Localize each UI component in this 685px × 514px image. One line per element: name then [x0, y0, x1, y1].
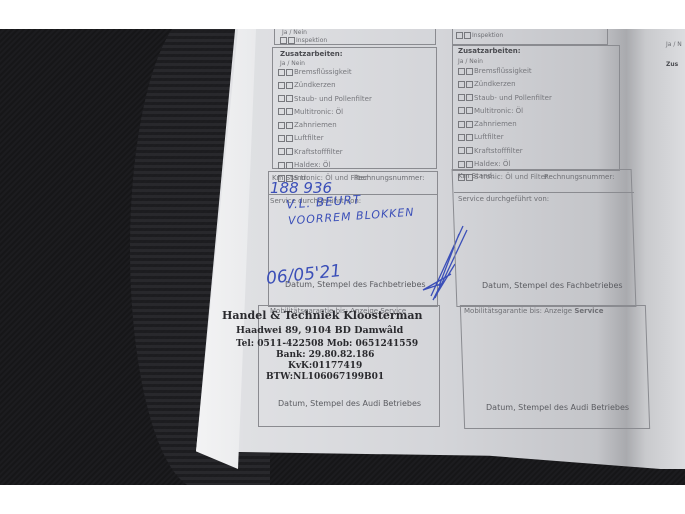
checklist-item-label: Multitronic: Öl [294, 108, 343, 116]
right-km-label: Km Stand: [458, 172, 494, 180]
left-service-footer: Datum, Stempel des Fachbetriebes [285, 280, 426, 289]
checklist-item: Kraftstofffilter [278, 146, 372, 159]
checkbox-icon [286, 148, 293, 155]
checkbox-icon [278, 69, 285, 76]
checkbox-icon [464, 32, 471, 39]
checklist-item: Zahnriemen [278, 119, 372, 132]
checkbox-icon [456, 32, 463, 39]
left-yes-no-top: Ja / Nein [282, 29, 307, 36]
checklist-item: Multitronic: Öl [458, 105, 552, 118]
checklist-item: Zahnriemen [458, 118, 552, 131]
checkbox-icon [458, 94, 465, 101]
checklist-item: Staub- und Pollenfilter [458, 92, 552, 105]
right-invoice-label: Rechnungsnummer: [544, 173, 614, 181]
checklist-item-label: Haldex: Öl [294, 161, 330, 169]
left-extra-work-title: Zusatzarbeiten: [280, 50, 343, 58]
left-extra-work-list: BremsflüssigkeitZündkerzenStaub- und Pol… [278, 66, 372, 186]
checkbox-icon [458, 134, 465, 141]
next-page-yes-no: Ja / N [666, 41, 682, 48]
checklist-item: Zündkerzen [458, 78, 552, 91]
checkbox-icon [278, 95, 285, 102]
checkbox-icon [458, 81, 465, 88]
checklist-item: Bremsflüssigkeit [458, 65, 552, 78]
checklist-item-label: Zahnriemen [474, 120, 517, 128]
right-extra-work-yes-no: Ja / Nein [458, 58, 483, 65]
checkbox-icon [288, 37, 295, 44]
dealer-stamp-line6: BTW:NL106067199B01 [266, 372, 384, 382]
checklist-item-label: Haldex: Öl [474, 160, 510, 168]
checkbox-icon [466, 147, 473, 154]
right-mobility-footer: Datum, Stempel des Audi Betriebes [486, 403, 629, 412]
service-booklet: Ja / Nein Inspektion Zusatzarbeiten: Ja … [196, 29, 685, 469]
dealer-stamp-line2: Haadwei 89, 9104 BD Damwâld [236, 325, 403, 336]
next-page-title: Zus [666, 61, 678, 68]
checkbox-icon [286, 95, 293, 102]
checkbox-icon [278, 135, 285, 142]
checkbox-icon [466, 94, 473, 101]
checkbox-icon [458, 121, 465, 128]
checklist-item-label: Bremsflüssigkeit [294, 68, 352, 76]
right-extra-work-list: BremsflüssigkeitZündkerzenStaub- und Pol… [458, 65, 552, 185]
checkbox-icon [466, 134, 473, 141]
checkbox-icon [458, 147, 465, 154]
dealer-stamp-line5: KvK:01177419 [288, 361, 362, 371]
dealer-stamp-line1: Handel & Techniek Kloosterman [222, 309, 422, 322]
checklist-item-label: Staub- und Pollenfilter [474, 94, 552, 102]
photo: Ja / Nein Inspektion Zusatzarbeiten: Ja … [0, 29, 685, 485]
checkbox-icon [458, 161, 465, 168]
checkbox-icon [286, 69, 293, 76]
checklist-item: Luftfilter [278, 132, 372, 145]
checkbox-icon [280, 37, 287, 44]
checklist-item: Luftfilter [458, 131, 552, 144]
checklist-item-label: Kraftstofffilter [474, 147, 523, 155]
checkbox-icon [278, 148, 285, 155]
checkbox-icon [466, 161, 473, 168]
checkbox-icon [458, 107, 465, 114]
checkbox-icon [278, 82, 285, 89]
right-service-footer: Datum, Stempel des Fachbetriebes [482, 281, 623, 290]
right-extra-work-title: Zusatzarbeiten: [458, 47, 521, 55]
right-performed-by-label: Service durchgeführt von: [458, 195, 549, 203]
checklist-item-label: Bremsflüssigkeit [474, 67, 532, 75]
checkbox-icon [466, 81, 473, 88]
checklist-item-label: Staub- und Pollenfilter [294, 95, 372, 103]
checkbox-icon [286, 135, 293, 142]
checklist-item-label: Zündkerzen [474, 80, 516, 88]
checklist-item: Kraftstofffilter [458, 145, 552, 158]
checkbox-icon [466, 68, 473, 75]
checkbox-icon [286, 82, 293, 89]
checklist-item-label: Luftfilter [474, 133, 504, 141]
checklist-item: Multitronic: Öl [278, 106, 372, 119]
right-mobility-label: Mobilitätsgarantie bis: Anzeige Service [464, 307, 603, 315]
checklist-item-label: Multitronic: Öl [474, 107, 523, 115]
checklist-item-label: Kraftstofffilter [294, 148, 343, 156]
left-invoice-label: Rechnungsnummer: [354, 174, 424, 182]
checkbox-icon [278, 122, 285, 129]
checkbox-icon [466, 121, 473, 128]
checklist-item: Bremsflüssigkeit [278, 66, 372, 79]
checkbox-icon [278, 108, 285, 115]
dealer-stamp-line4: Bank: 29.80.82.186 [276, 350, 374, 360]
left-mobility-footer: Datum, Stempel des Audi Betriebes [278, 399, 421, 408]
checklist-item-label: Zahnriemen [294, 121, 337, 129]
checkbox-icon [466, 107, 473, 114]
checkbox-icon [286, 122, 293, 129]
checklist-item: Zündkerzen [278, 79, 372, 92]
checkbox-icon [278, 162, 285, 169]
left-inspection-label: Inspektion [280, 37, 327, 44]
checkbox-icon [286, 162, 293, 169]
checklist-item-label: Luftfilter [294, 134, 324, 142]
checkbox-icon [286, 108, 293, 115]
checkbox-icon [458, 68, 465, 75]
right-inspection-label: Inspektion [456, 32, 503, 39]
dealer-stamp-line3: Tel: 0511-422508 Mob: 0651241559 [236, 339, 418, 349]
checklist-item-label: Zündkerzen [294, 81, 336, 89]
checklist-item: Staub- und Pollenfilter [278, 93, 372, 106]
